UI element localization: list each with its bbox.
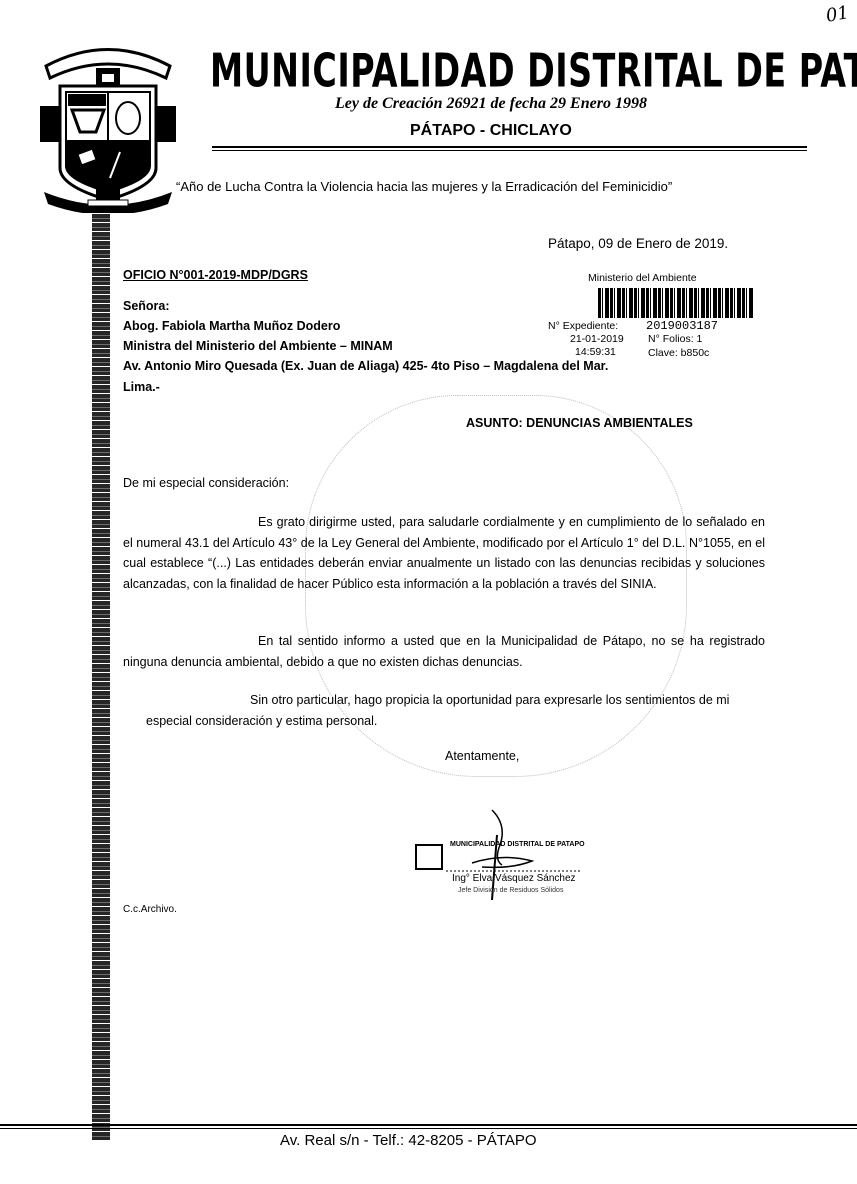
coat-of-arms-icon bbox=[38, 28, 178, 213]
stamp-expediente-label: N° Expediente: bbox=[548, 320, 618, 332]
letter-subject: ASUNTO: DENUNCIAS AMBIENTALES bbox=[466, 416, 693, 430]
greeting: De mi especial consideración: bbox=[123, 476, 289, 490]
page-number: 01 bbox=[824, 2, 850, 27]
stamp-clave: Clave: b850c bbox=[648, 347, 709, 359]
salutation-title: Señora: bbox=[123, 299, 170, 313]
stamp-expediente-value: 2019003187 bbox=[646, 319, 718, 333]
reception-stamp: Ministerio del Ambiente N° Expediente: 2… bbox=[548, 272, 778, 362]
footer-divider-thin bbox=[0, 1128, 857, 1129]
barcode-icon bbox=[598, 288, 754, 318]
signature-scribble-icon bbox=[412, 805, 587, 900]
footer-divider bbox=[0, 1124, 857, 1126]
signer-name: Ing° Elva Vásquez Sánchez bbox=[452, 873, 576, 884]
carbon-copy: C.c.Archivo. bbox=[123, 904, 177, 915]
header-divider-thin bbox=[212, 150, 807, 151]
paragraph-2: En tal sentido informo a usted que en la… bbox=[123, 631, 765, 672]
creation-law: Ley de Creación 26921 de fecha 29 Enero … bbox=[335, 95, 647, 113]
recipient-role: Ministra del Ministerio del Ambiente – M… bbox=[123, 339, 393, 353]
paragraph-3: Sin otro particular, hago propicia la op… bbox=[146, 690, 766, 731]
footer-address: Av. Real s/n - Telf.: 42-8205 - PÁTAPO bbox=[280, 1132, 537, 1149]
letter-date: Pátapo, 09 de Enero de 2019. bbox=[548, 236, 728, 251]
closing: Atentamente, bbox=[445, 749, 519, 763]
stamp-time: 14:59:31 bbox=[575, 346, 616, 358]
stamp-date: 21-01-2019 bbox=[570, 333, 624, 345]
signer-role: Jefe División de Residuos Sólidos bbox=[458, 887, 563, 894]
recipient-name: Abog. Fabiola Martha Muñoz Dodero bbox=[123, 319, 340, 333]
signature-seal-text: MUNICIPALIDAD DISTRITAL DE PATAPO bbox=[450, 841, 585, 848]
paragraph-1: Es grato dirigirme usted, para saludarle… bbox=[123, 512, 765, 594]
recipient-address: Av. Antonio Miro Quesada (Ex. Juan de Al… bbox=[123, 359, 608, 373]
stamp-folios: N° Folios: 1 bbox=[648, 333, 702, 345]
city-header: PÁTAPO - CHICLAYO bbox=[410, 122, 572, 140]
signature-block: MUNICIPALIDAD DISTRITAL DE PATAPO Ing° E… bbox=[412, 805, 587, 900]
recipient-city: Lima.- bbox=[123, 380, 160, 394]
oficio-reference: OFICIO N°001-2019-MDP/DGRS bbox=[123, 268, 308, 282]
stamp-institution: Ministerio del Ambiente bbox=[588, 272, 697, 284]
year-motto: “Año de Lucha Contra la Violencia hacia … bbox=[176, 179, 672, 194]
institution-title: MUNICIPALIDAD DISTRITAL DE PATAPO bbox=[210, 44, 810, 98]
vertical-side-strip bbox=[92, 210, 110, 1140]
header-divider bbox=[212, 146, 807, 148]
